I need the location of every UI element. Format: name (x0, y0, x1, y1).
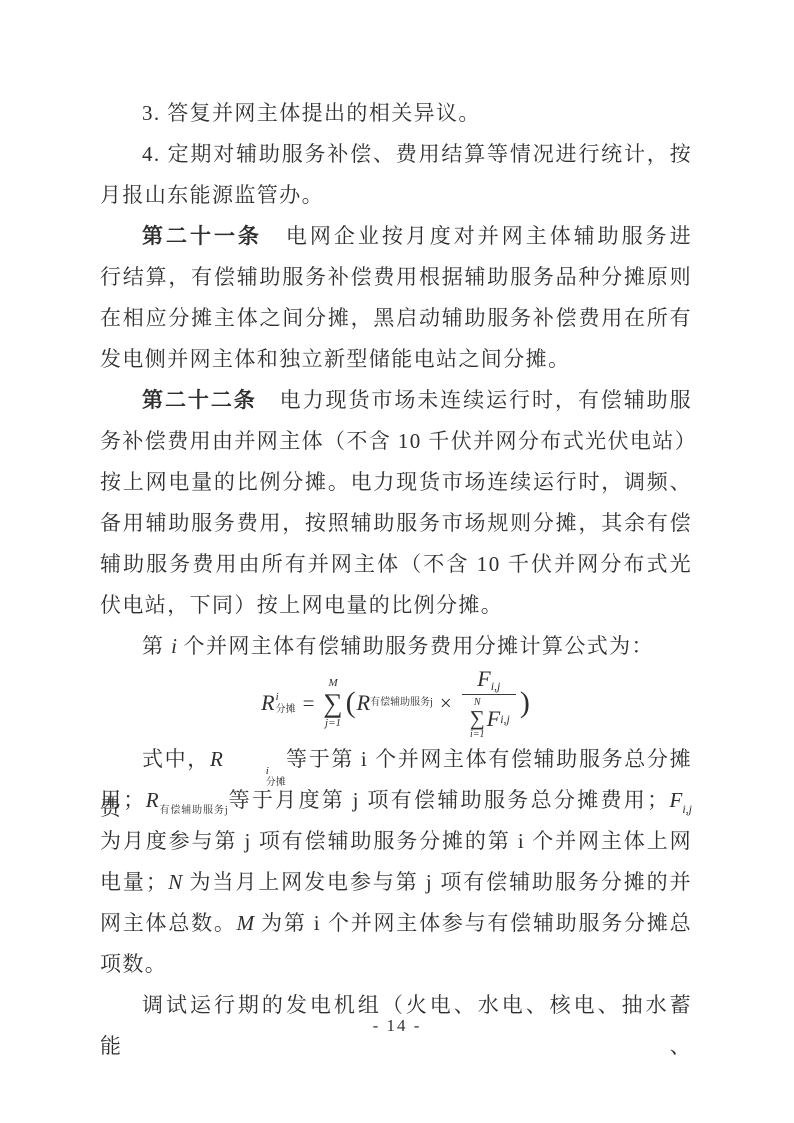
fraction-numerator: F i,j (471, 666, 506, 694)
open-paren: ( (346, 688, 356, 718)
fraction: F i,j N ∑ i=1 F i,j (462, 666, 516, 740)
text-run: 项数。 (100, 952, 167, 976)
text-run: 等于月度第 j 项有偿辅助服务总分摊费用； (228, 788, 670, 812)
close-paren: ) (520, 688, 530, 718)
service-subscript: 有偿辅助服务j (370, 698, 433, 708)
text-line: 第二十二条 电力现货市场未连续运行时，有偿辅助服 (100, 380, 692, 421)
times-sign: × (440, 691, 452, 716)
text-run: 为月度参与第 j 项有偿辅助服务分摊的第 i 个并网主体上网 (100, 829, 692, 853)
page-number: - 14 - (0, 1016, 794, 1036)
text-line: 务补偿费用由并网主体（不含 10 千伏并网分布式光伏电站） (100, 421, 692, 462)
fraction-denominator: N ∑ i=1 F i,j (462, 694, 516, 740)
text-line: 伏电站，下同）按上网电量的比例分摊。 (100, 585, 692, 626)
superscript: i (224, 765, 286, 777)
math-symbol: M (237, 911, 255, 935)
text-line: 在相应分摊主体之间分摊，黑启动辅助服务补偿费用在所有 (100, 298, 692, 339)
text-run: 4. 定期对辅助服务补偿、费用结算等情况进行统计，按 (142, 142, 692, 166)
text-line: 式中，Ri分摊等于第 i 个并网主体有偿辅助服务总分摊费 (100, 739, 692, 780)
summation-over-i: N ∑ i=1 (470, 697, 485, 740)
text-line: 辅助服务费用由所有并网主体（不含 10 千伏并网分布式光 (100, 544, 692, 585)
document-body: 3. 答复并网主体提出的相关异议。4. 定期对辅助服务补偿、费用结算等情况进行统… (100, 93, 692, 1026)
math-symbol: F (670, 788, 683, 812)
text-run: 用； (100, 788, 146, 812)
text-run: 个并网主体有偿辅助服务费用分摊计算公式为： (177, 634, 654, 658)
text-line: 为月度参与第 j 项有偿辅助服务分摊的第 i 个并网主体上网 (100, 821, 692, 862)
sigma-symbol: ∑ (323, 690, 342, 717)
text-run: 式中， (142, 747, 210, 771)
text-line: 行结算，有偿辅助服务补偿费用根据辅助服务品种分摊原则 (100, 257, 692, 298)
subscript: i,j (682, 802, 692, 816)
symbol-R-service: R (357, 690, 370, 716)
paragraph-block-bottom: 式中，Ri分摊等于第 i 个并网主体有偿辅助服务总分摊费用；R有偿辅助服务j等于… (100, 739, 692, 1026)
text-line: 电量；N 为当月上网发电参与第 j 项有偿辅助服务分摊的并 (100, 862, 692, 903)
inline-math: Fi,j (670, 788, 693, 812)
text-run: 行结算，有偿辅助服务补偿费用根据辅助服务品种分摊原则 (100, 265, 692, 289)
sigma-symbol: ∑ (470, 708, 485, 729)
symbol-R: R (261, 690, 274, 716)
equals-sign: = (303, 691, 315, 716)
document-page: 3. 答复并网主体提出的相关异议。4. 定期对辅助服务补偿、费用结算等情况进行统… (0, 0, 794, 1123)
text-run: 发电侧并网主体和独立新型储能电站之间分摊。 (100, 347, 570, 371)
text-line: 第 i 个并网主体有偿辅助服务费用分摊计算公式为： (100, 626, 692, 667)
supsub-stack: i 分摊 (276, 691, 296, 714)
inline-math: N (168, 870, 182, 894)
text-run: 按上网电量的比例分摊。电力现货市场连续运行时，调频、 (100, 470, 692, 494)
text-run: 务补偿费用由并网主体（不含 10 千伏并网分布式光伏电站） (100, 429, 697, 453)
text-line: 第二十一条 电网企业按月度对并网主体辅助服务进 (100, 216, 692, 257)
text-run: 网主体总数。 (100, 911, 237, 935)
text-run: 辅助服务费用由所有并网主体（不含 10 千伏并网分布式光 (100, 552, 692, 576)
article-heading: 第二十二条 (142, 389, 257, 412)
text-line: 发电侧并网主体和独立新型储能电站之间分摊。 (100, 339, 692, 380)
text-run: 备用辅助服务费用，按照辅助服务市场规则分摊，其余有偿 (100, 511, 692, 535)
text-line: 备用辅助服务费用，按照辅助服务市场规则分摊，其余有偿 (100, 503, 692, 544)
text-line: 3. 答复并网主体提出的相关异议。 (100, 93, 692, 134)
text-run: 月报山东能源监管办。 (100, 183, 324, 207)
text-run: 为第 i 个并网主体参与有偿辅助服务分摊总 (254, 911, 692, 935)
text-run: 电网企业按月度对并网主体辅助服务进 (262, 224, 692, 248)
text-line: 4. 定期对辅助服务补偿、费用结算等情况进行统计，按 (100, 134, 692, 175)
text-run: 第 (142, 634, 171, 658)
text-line: 月报山东能源监管办。 (100, 175, 692, 216)
text-line: 项数。 (100, 944, 692, 985)
summation-over-j: M ∑ j=1 (323, 677, 342, 728)
inline-math: M (237, 911, 255, 935)
text-line: 用；R有偿辅助服务j等于月度第 j 项有偿辅助服务总分摊费用；Fi,j (100, 780, 692, 821)
text-run: 在相应分摊主体之间分摊，黑启动辅助服务补偿费用在所有 (100, 306, 692, 330)
article-heading: 第二十一条 (142, 225, 262, 248)
text-run: 伏电站，下同）按上网电量的比例分摊。 (100, 593, 503, 617)
math-symbol: R (146, 788, 159, 812)
text-run: 电力现货市场未连续运行时，有偿辅助服 (257, 388, 692, 412)
text-run: 电量； (100, 870, 168, 894)
inline-math: R有偿辅助服务j (146, 788, 228, 812)
text-run: 3. 答复并网主体提出的相关异议。 (142, 101, 481, 125)
subscript: 有偿辅助服务j (159, 805, 228, 816)
formula-allocation: R i 分摊 = M ∑ j=1 ( R 有偿辅助服务j × F i,j (100, 667, 692, 739)
inline-math: Ri分摊 (210, 747, 286, 771)
paragraph-block-top: 3. 答复并网主体提出的相关异议。4. 定期对辅助服务补偿、费用结算等情况进行统… (100, 93, 692, 667)
text-line: 网主体总数。M 为第 i 个并网主体参与有偿辅助服务分摊总 (100, 903, 692, 944)
text-run: 为当月上网发电参与第 j 项有偿辅助服务分摊的并 (182, 870, 692, 894)
text-line: 按上网电量的比例分摊。电力现货市场连续运行时，调频、 (100, 462, 692, 503)
formula-lhs: R i 分摊 (261, 690, 295, 716)
math-symbol: N (168, 870, 182, 894)
math-symbol: R (210, 747, 223, 771)
